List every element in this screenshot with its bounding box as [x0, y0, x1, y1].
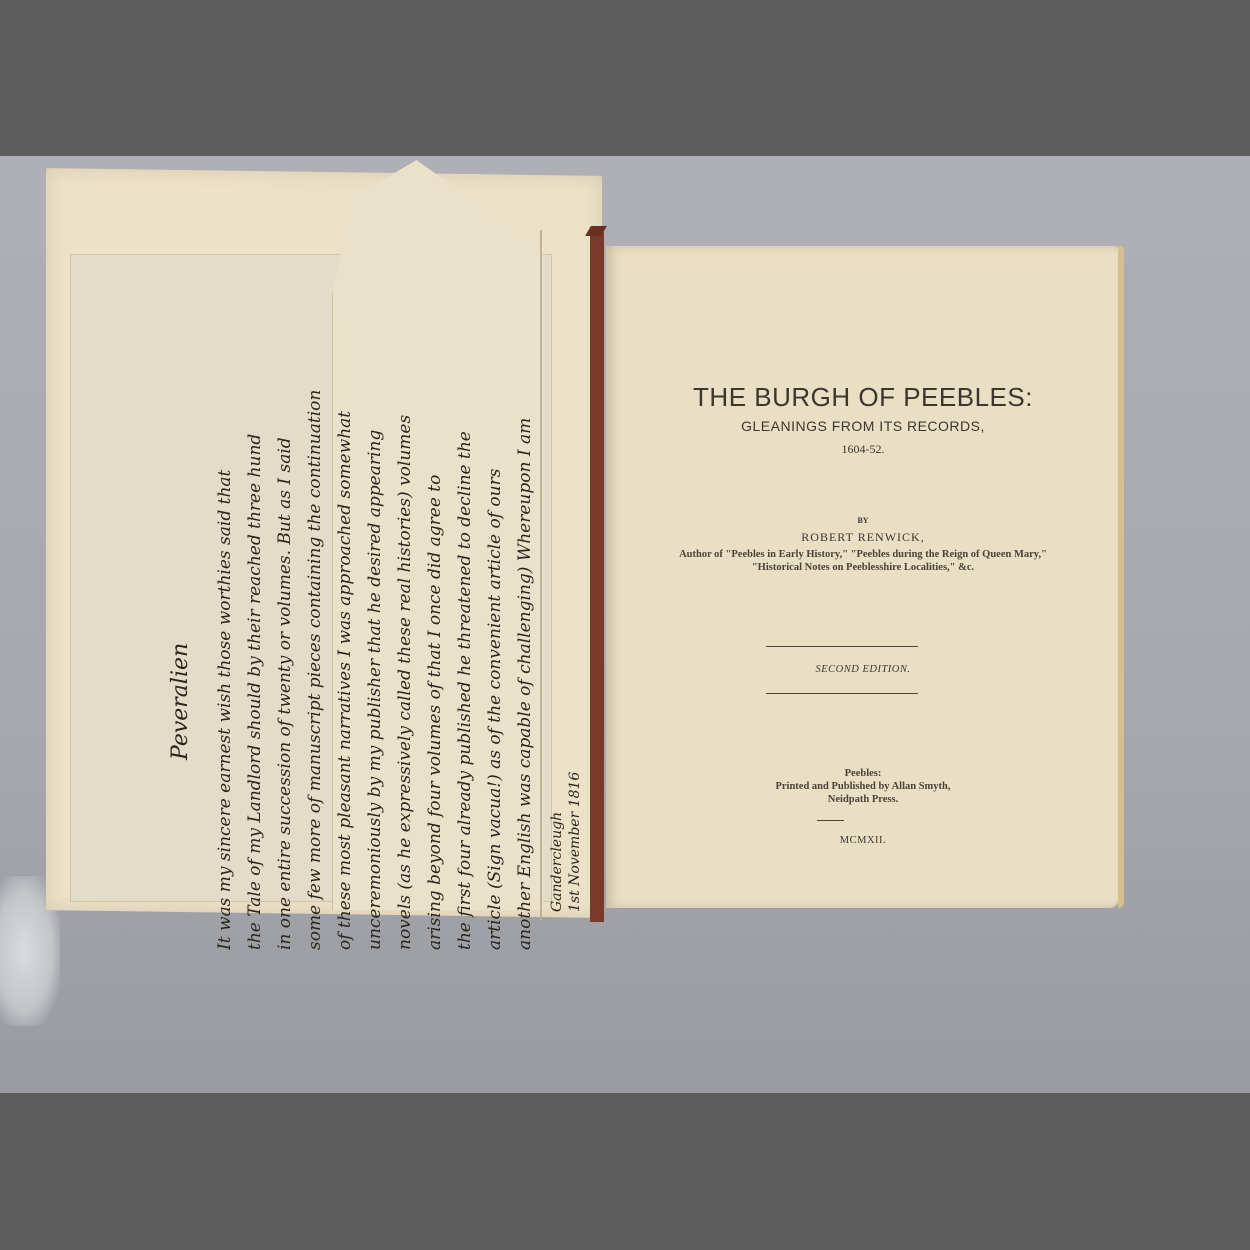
letter-line: another English was capable of challengi… — [510, 330, 540, 950]
book-years: 1604-52. — [606, 442, 1120, 457]
letter-line: some few more of manuscript pieces conta… — [300, 330, 330, 950]
imprint-line: Neidpath Press. — [606, 793, 1120, 806]
edition-label: SECOND EDITION. — [606, 664, 1120, 675]
by-label: BY — [606, 516, 1120, 525]
letter-line: in one entire succession of twenty or vo… — [270, 330, 300, 950]
divider-rule — [766, 646, 918, 647]
letterbox-top — [0, 0, 1250, 156]
imprint-line: Peebles: — [606, 767, 1120, 780]
letter-body: It was my sincere earnest wish those wor… — [210, 330, 550, 950]
signoff-place: Gandercleugh — [548, 772, 566, 912]
letter-line: arising beyond four volumes of that I on… — [420, 330, 450, 950]
publication-date: MCMXII. — [606, 835, 1120, 846]
letter-line: unceremoniously by my publisher that he … — [360, 330, 390, 950]
book-cover-edge — [590, 232, 604, 922]
letter-line: of these most pleasant narratives I was … — [330, 330, 360, 950]
letter-line: article (Sign vacua!) as of the convenie… — [480, 330, 510, 950]
letter-line: the Tale of my Landlord should by their … — [240, 330, 270, 950]
letter-line: novels (as he expressively called these … — [390, 330, 420, 950]
letterbox-bottom — [0, 1093, 1250, 1250]
letter-line: the first four already published he thre… — [450, 330, 480, 950]
imprint-line: Printed and Published by Allan Smyth, — [606, 780, 1120, 793]
letter-line: It was my sincere earnest wish those wor… — [210, 330, 240, 950]
author-name: ROBERT RENWICK, — [606, 530, 1120, 545]
letter-signoff: Gandercleugh 1st November 1816 — [548, 772, 584, 912]
book-subtitle: GLEANINGS FROM ITS RECORDS, — [606, 418, 1120, 434]
author-works: Author of "Peebles in Early History," "P… — [606, 548, 1120, 574]
book-title: THE BURGH OF PEEBLES: — [606, 382, 1120, 413]
letter-salutation: Peveralien — [168, 643, 193, 760]
signoff-date: 1st November 1816 — [566, 772, 584, 912]
title-page: THE BURGH OF PEEBLES: GLEANINGS FROM ITS… — [606, 246, 1120, 908]
divider-rule — [766, 693, 918, 694]
handwritten-letter: It was my sincere earnest wish those wor… — [210, 300, 550, 920]
imprint: Peebles: Printed and Published by Allan … — [606, 767, 1120, 806]
short-rule — [817, 820, 844, 821]
page-edge — [1118, 246, 1124, 908]
